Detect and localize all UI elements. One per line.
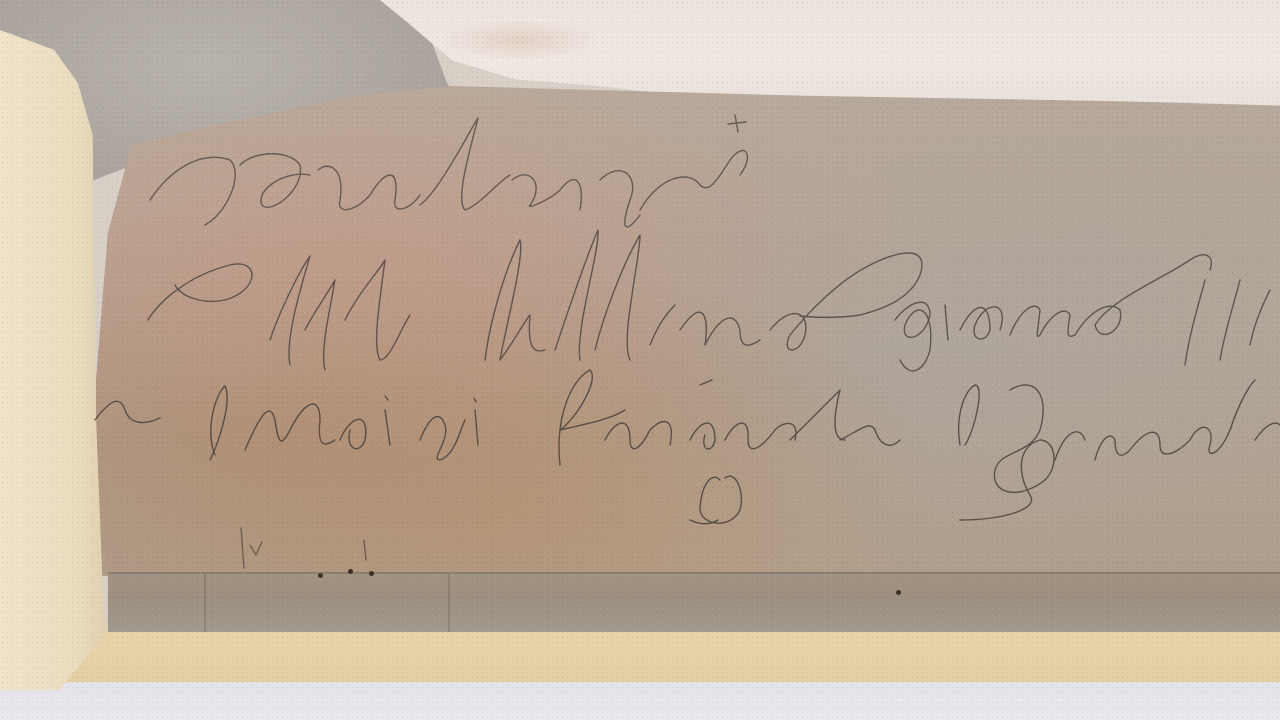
inscription-mark-cross: + [728,112,743,133]
inscription-line-3: e noi si faranno Grandi [95,385,795,455]
vertical-mark [364,540,366,560]
inscription-mark-v: v [248,535,258,556]
inscription-line-2: per l'ultimo giorno di [150,265,794,335]
vertical-mark [241,528,244,568]
pencil-inscription: ricordarsi per l'ultimo giorno di e noi … [0,0,1280,720]
inscription-strokes [0,0,1280,720]
inscription-line-1: ricordarsi [150,145,449,215]
wall-photo: ricordarsi per l'ultimo giorno di e noi … [0,0,1280,720]
stray-marks [241,528,366,568]
